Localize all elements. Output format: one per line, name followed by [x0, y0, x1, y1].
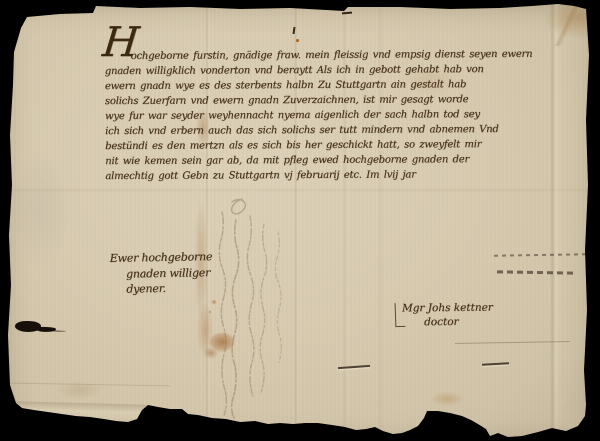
signature-block: Mgr Johs kettner doctor [402, 302, 493, 330]
red-pigment-specks [2, 329, 6, 334]
verso-text-showthrough [210, 198, 290, 420]
paper-slit [338, 365, 370, 369]
paper-slit [482, 362, 509, 365]
ink-speck [293, 27, 296, 34]
letter-body: ochgeborne furstin, gnädige fraw. mein f… [105, 47, 518, 184]
manuscript-paper: H ochgeborne furstin, gnädige fraw. mein… [0, 0, 600, 441]
horizontal-crease [10, 383, 170, 387]
closing-line: gnaden williger [110, 265, 213, 282]
closing-block: Ewer hochgeborne gnaden williger dyener. [110, 249, 213, 297]
ink-blot [15, 320, 42, 332]
photograph-background: H ochgeborne furstin, gnädige fraw. mein… [0, 0, 600, 441]
signature-line: doctor [402, 315, 493, 329]
letter-line: almechtig gott Gebn zu Stuttgartn vj feb… [105, 167, 517, 184]
torn-edge-flap [16, 401, 146, 422]
letter-line: nit wie kemen sein gar ab, da mit pfleg … [105, 152, 517, 169]
closing-line: dyener. [110, 280, 213, 297]
faded-dash-line [494, 253, 586, 257]
faded-dash-line [497, 270, 573, 274]
closing-line: Ewer hochgeborne [110, 249, 213, 266]
corner-crease [545, 4, 590, 46]
ink-speck [342, 12, 352, 15]
ink-speck [296, 39, 299, 42]
signature-underline [455, 341, 570, 344]
signature-line: Mgr Johs kettner [402, 302, 493, 316]
